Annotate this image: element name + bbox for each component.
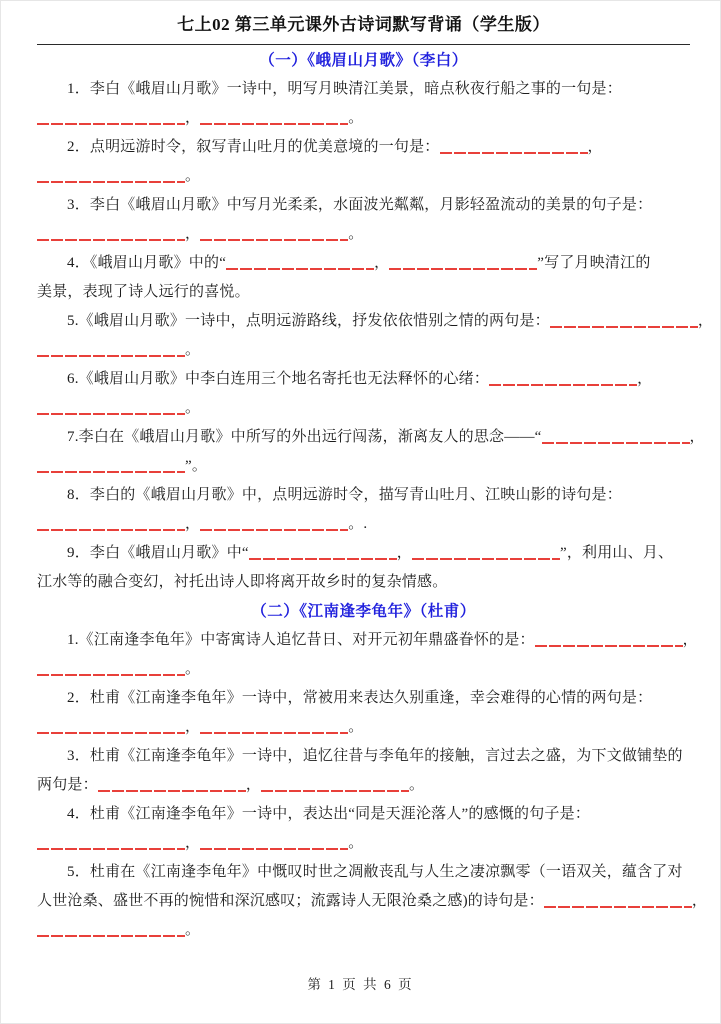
- question-line: 江水等的融合变幻，衬托出诗人即将离开故乡时的复杂情感。: [37, 568, 690, 597]
- question-text: ，: [683, 632, 698, 648]
- question-line: 。: [37, 655, 690, 684]
- question-text: 。: [409, 777, 424, 793]
- question: 3．李白《峨眉山月歌》中写月光柔柔，水面波光粼粼，月影轻盈流动的美景的句子是：，…: [37, 191, 690, 249]
- answer-blank: [389, 255, 537, 270]
- question: 1.《江南逢李龟年》中寄寓诗人追忆昔日、对开元初年鼎盛眷怀的是：，。: [37, 626, 690, 684]
- question-line: 。: [37, 916, 690, 945]
- question-line: 4．《峨眉山月歌》中的“，”写了月映清江的: [37, 249, 690, 278]
- question-line: ，。.: [37, 510, 690, 539]
- answer-blank: [226, 255, 374, 270]
- answer-blank: [200, 516, 348, 531]
- question: 2．点明远游时令，叙写青山吐月的优美意境的一句是：，。: [37, 133, 690, 191]
- question-text: ，: [185, 110, 200, 126]
- question-text: 。: [185, 168, 200, 184]
- section-2-heading: （二）《江南逢李龟年》（杜甫）: [37, 597, 690, 626]
- answer-blank: [37, 922, 185, 937]
- answer-blank: [440, 139, 588, 154]
- question-text: 1.《江南逢李龟年》中寄寓诗人追忆昔日、对开元初年鼎盛眷怀的是：: [67, 632, 535, 648]
- question: 3．杜甫《江南逢李龟年》一诗中，追忆往昔与李龟年的接触，言过去之盛，为下文做铺垫…: [37, 742, 690, 800]
- question: 5．杜甫在《江南逢李龟年》中慨叹时世之凋敝丧乱与人生之凄凉飘零（一语双关，蕴含了…: [37, 858, 690, 945]
- question: 8．李白的《峨眉山月歌》中，点明远游时令，描写青山吐月、江映山影的诗句是：，。.: [37, 481, 690, 539]
- answer-blank: [261, 777, 409, 792]
- question-line: 7.李白在《峨眉山月歌》中所写的外出远行闯荡，渐离友人的思念——“，: [37, 423, 690, 452]
- page-title: 七上02 第三单元课外古诗词默写背诵（学生版）: [37, 11, 690, 38]
- question: 9．李白《峨眉山月歌》中“，”，利用山、月、江水等的融合变幻，衬托出诗人即将离开…: [37, 539, 690, 597]
- question-line: 1．李白《峨眉山月歌》一诗中，明写月映清江美景，暗点秋夜行船之事的一句是：: [37, 75, 690, 104]
- question-line: ，。: [37, 104, 690, 133]
- question-text: ，: [185, 719, 200, 735]
- question-text: 8．李白的《峨眉山月歌》中，点明远游时令，描写青山吐月、江映山影的诗句是：: [67, 487, 622, 503]
- question-line: 两句是：，。: [37, 771, 690, 800]
- question-text: 。: [348, 226, 363, 242]
- answer-blank: [37, 661, 185, 676]
- question-text: 。: [185, 922, 200, 938]
- answer-blank: [489, 371, 637, 386]
- document-page: 七上02 第三单元课外古诗词默写背诵（学生版） （一）《峨眉山月歌》（李白）1．…: [0, 0, 721, 1024]
- question-line: 8．李白的《峨眉山月歌》中，点明远游时令，描写青山吐月、江映山影的诗句是：: [37, 481, 690, 510]
- question-text: ”。: [185, 458, 207, 474]
- question-text: ，: [246, 777, 261, 793]
- answer-blank: [37, 458, 185, 473]
- question: 4．杜甫《江南逢李龟年》一诗中，表达出“同是天涯沦落人”的感慨的句子是：，。: [37, 800, 690, 858]
- question-text: 。: [348, 835, 363, 851]
- question-text: 。: [185, 342, 200, 358]
- question-text: ，: [690, 429, 705, 445]
- answer-blank: [200, 835, 348, 850]
- answer-blank: [37, 719, 185, 734]
- question-text: 。: [185, 661, 200, 677]
- question-line: ，。: [37, 220, 690, 249]
- answer-blank: [550, 313, 698, 328]
- question-text: 1．李白《峨眉山月歌》一诗中，明写月映清江美景，暗点秋夜行船之事的一句是：: [67, 81, 622, 97]
- question-text: 。.: [348, 516, 367, 532]
- question-text: 4．杜甫《江南逢李龟年》一诗中，表达出“同是天涯沦落人”的感慨的句子是：: [67, 806, 590, 822]
- question-text: 2．点明远游时令，叙写青山吐月的优美意境的一句是：: [67, 139, 440, 155]
- answer-blank: [37, 168, 185, 183]
- question: 1．李白《峨眉山月歌》一诗中，明写月映清江美景，暗点秋夜行船之事的一句是：，。: [37, 75, 690, 133]
- question-line: 2．杜甫《江南逢李龟年》一诗中，常被用来表达久别重逢，幸会难得的心情的两句是：: [37, 684, 690, 713]
- question-text: ，: [692, 893, 707, 909]
- question-text: ”，利用山、月、: [560, 545, 673, 561]
- question-text: ，: [698, 313, 713, 329]
- question-line: 。: [37, 394, 690, 423]
- question-text: 。: [185, 400, 200, 416]
- question: 7.李白在《峨眉山月歌》中所写的外出远行闯荡，渐离友人的思念——“，”。: [37, 423, 690, 481]
- answer-blank: [200, 226, 348, 241]
- answer-blank: [37, 342, 185, 357]
- question-text: 5.《峨眉山月歌》一诗中，点明远游路线，抒发依依惜别之情的两句是：: [67, 313, 550, 329]
- question-text: 两句是：: [37, 777, 98, 793]
- question-line: ，。: [37, 713, 690, 742]
- question-line: 人世沧桑、盛世不再的惋惜和深沉感叹；流露诗人无限沧桑之感)的诗句是：，: [37, 887, 690, 916]
- question-line: ”。: [37, 452, 690, 481]
- question-text: ，: [397, 545, 412, 561]
- question: 5.《峨眉山月歌》一诗中，点明远游路线，抒发依依惜别之情的两句是：，。: [37, 307, 690, 365]
- answer-blank: [200, 110, 348, 125]
- answer-blank: [37, 400, 185, 415]
- question-text: 7.李白在《峨眉山月歌》中所写的外出远行闯荡，渐离友人的思念——“: [67, 429, 542, 445]
- question-text: ，: [185, 226, 200, 242]
- answer-blank: [37, 516, 185, 531]
- answer-blank: [98, 777, 246, 792]
- question-text: 4．《峨眉山月歌》中的“: [67, 255, 226, 271]
- question-line: 6.《峨眉山月歌》中李白连用三个地名寄托也无法释怀的心绪：，: [37, 365, 690, 394]
- question-text: 人世沧桑、盛世不再的惋惜和深沉感叹；流露诗人无限沧桑之感)的诗句是：: [37, 893, 544, 909]
- question-line: 。: [37, 336, 690, 365]
- question-text: 9．李白《峨眉山月歌》中“: [67, 545, 249, 561]
- question-text: ，: [637, 371, 652, 387]
- question-line: 9．李白《峨眉山月歌》中“，”，利用山、月、: [37, 539, 690, 568]
- question-line: 3．杜甫《江南逢李龟年》一诗中，追忆往昔与李龟年的接触，言过去之盛，为下文做铺垫…: [37, 742, 690, 771]
- question-text: ，: [588, 139, 603, 155]
- question-text: ，: [185, 835, 200, 851]
- answer-blank: [412, 545, 560, 560]
- question: 6.《峨眉山月歌》中李白连用三个地名寄托也无法释怀的心绪：，。: [37, 365, 690, 423]
- question-line: 3．李白《峨眉山月歌》中写月光柔柔，水面波光粼粼，月影轻盈流动的美景的句子是：: [37, 191, 690, 220]
- answer-blank: [200, 719, 348, 734]
- answer-blank: [249, 545, 397, 560]
- question-line: 2．点明远游时令，叙写青山吐月的优美意境的一句是：，: [37, 133, 690, 162]
- question-text: ，: [374, 255, 389, 271]
- question-text: 3．杜甫《江南逢李龟年》一诗中，追忆往昔与李龟年的接触，言过去之盛，为下文做铺垫…: [67, 748, 683, 764]
- answer-blank: [535, 632, 683, 647]
- question: 2．杜甫《江南逢李龟年》一诗中，常被用来表达久别重逢，幸会难得的心情的两句是：，…: [37, 684, 690, 742]
- question-line: 美景，表现了诗人远行的喜悦。: [37, 278, 690, 307]
- question-text: ”写了月映清江的: [537, 255, 650, 271]
- question-text: 2．杜甫《江南逢李龟年》一诗中，常被用来表达久别重逢，幸会难得的心情的两句是：: [67, 690, 652, 706]
- question: 4．《峨眉山月歌》中的“，”写了月映清江的美景，表现了诗人远行的喜悦。: [37, 249, 690, 307]
- answer-blank: [37, 110, 185, 125]
- section-1-heading: （一）《峨眉山月歌》（李白）: [37, 46, 690, 75]
- question-line: 5．杜甫在《江南逢李龟年》中慨叹时世之凋敝丧乱与人生之凄凉飘零（一语双关，蕴含了…: [37, 858, 690, 887]
- question-line: 。: [37, 162, 690, 191]
- question-text: 美景，表现了诗人远行的喜悦。: [37, 284, 250, 300]
- question-line: 1.《江南逢李龟年》中寄寓诗人追忆昔日、对开元初年鼎盛眷怀的是：，: [37, 626, 690, 655]
- title-divider: [37, 44, 690, 45]
- page-number: 第 1 页 共 6 页: [1, 973, 720, 993]
- answer-blank: [542, 429, 690, 444]
- answer-blank: [544, 893, 692, 908]
- answer-blank: [37, 835, 185, 850]
- question-text: 3．李白《峨眉山月歌》中写月光柔柔，水面波光粼粼，月影轻盈流动的美景的句子是：: [67, 197, 652, 213]
- question-text: 5．杜甫在《江南逢李龟年》中慨叹时世之凋敝丧乱与人生之凄凉飘零（一语双关，蕴含了…: [67, 864, 683, 880]
- question-text: 6.《峨眉山月歌》中李白连用三个地名寄托也无法释怀的心绪：: [67, 371, 489, 387]
- question-text: ，: [185, 516, 200, 532]
- document-body: （一）《峨眉山月歌》（李白）1．李白《峨眉山月歌》一诗中，明写月映清江美景，暗点…: [37, 46, 690, 945]
- question-line: 4．杜甫《江南逢李龟年》一诗中，表达出“同是天涯沦落人”的感慨的句子是：: [37, 800, 690, 829]
- question-text: 。: [348, 110, 363, 126]
- question-line: ，。: [37, 829, 690, 858]
- answer-blank: [37, 226, 185, 241]
- question-line: 5.《峨眉山月歌》一诗中，点明远游路线，抒发依依惜别之情的两句是：，: [37, 307, 690, 336]
- question-text: 江水等的融合变幻，衬托出诗人即将离开故乡时的复杂情感。: [37, 574, 447, 590]
- question-text: 。: [348, 719, 363, 735]
